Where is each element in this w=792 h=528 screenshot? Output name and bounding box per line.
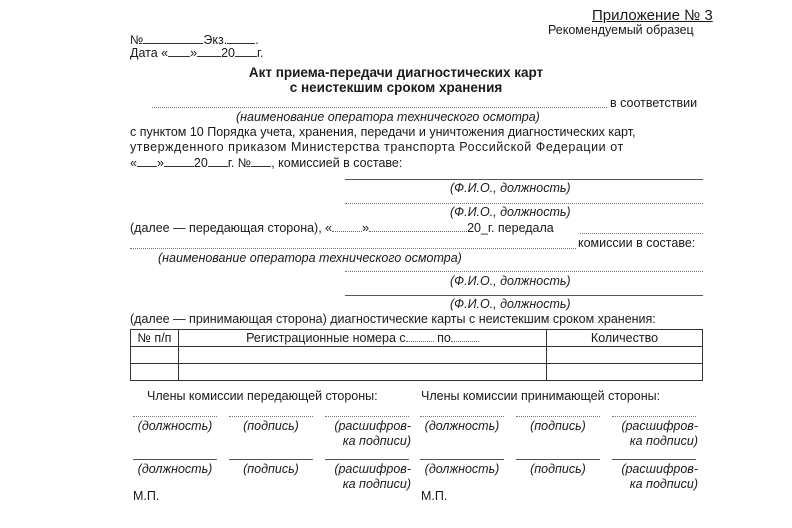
transfer-day-field[interactable] bbox=[332, 221, 362, 232]
paragraph-line3: «»20г. №, комиссией в составе: bbox=[130, 156, 402, 170]
decode-line1: (расшифров- bbox=[621, 419, 698, 433]
r2-decode-field[interactable] bbox=[612, 459, 696, 460]
transferring-members-title: Члены комиссии передающей стороны: bbox=[147, 390, 378, 403]
commission-text: , комиссией в составе: bbox=[271, 156, 402, 170]
receiving-operator-field-b[interactable] bbox=[130, 248, 576, 249]
operator-caption-2: (наименование оператора технического осм… bbox=[158, 252, 462, 265]
receiving-party-line: (далее — принимающая сторона) диагностич… bbox=[130, 313, 656, 326]
year-prefix: 20 bbox=[221, 46, 235, 60]
cell-quantity[interactable] bbox=[547, 364, 703, 381]
r1-decode-field[interactable] bbox=[612, 416, 696, 417]
t1-position-caption: (должность) bbox=[133, 419, 217, 434]
date-day-field[interactable] bbox=[168, 46, 190, 57]
fio-caption-3: (Ф.И.О., должность) bbox=[450, 275, 571, 288]
t1-signature-caption: (подпись) bbox=[229, 419, 313, 434]
transfer-year-text: 20_г. передала bbox=[467, 221, 554, 235]
quote-close: » bbox=[157, 156, 164, 170]
header-quantity: Количество bbox=[547, 330, 703, 347]
decode-line2: ка подписи) bbox=[630, 477, 698, 491]
operator-caption: (наименование оператора технического осм… bbox=[236, 111, 540, 124]
date-label: Дата « bbox=[130, 46, 168, 60]
date-line: Дата «»20г. bbox=[130, 46, 263, 60]
paragraph-line2: утвержденного приказом Министерства тран… bbox=[130, 141, 624, 154]
order-number-field[interactable] bbox=[251, 156, 271, 167]
document-title-line1: Акт приема-передачи диагностических карт bbox=[0, 66, 792, 80]
number-copy-line: №Экз.. bbox=[130, 33, 259, 47]
transfer-quote-close: » bbox=[362, 221, 369, 235]
transferring-stamp: М.П. bbox=[133, 490, 159, 503]
appendix-label: Приложение № 3 bbox=[592, 8, 713, 23]
year-suffix: г. bbox=[257, 46, 264, 60]
copy-label: Экз. bbox=[203, 33, 227, 47]
reg-from-label: Регистрационные номера с bbox=[246, 331, 406, 345]
cards-table: № п/п Регистрационные номера с по Количе… bbox=[130, 329, 703, 381]
r2-decode-caption: (расшифров-ка подписи) bbox=[612, 462, 698, 492]
receiving-operator-field-a[interactable] bbox=[580, 233, 703, 234]
cell-reg-numbers[interactable] bbox=[179, 364, 547, 381]
sample-note: Рекомендуемый образец bbox=[548, 24, 694, 37]
table-row bbox=[131, 364, 703, 381]
header-reg-numbers: Регистрационные номера с по bbox=[179, 330, 547, 347]
transferring-member1-field[interactable] bbox=[345, 179, 703, 180]
t1-signature-field[interactable] bbox=[229, 416, 313, 417]
reg-from-field[interactable] bbox=[406, 331, 434, 342]
decode-line1: (расшифров- bbox=[334, 419, 411, 433]
date-quote-close: » bbox=[190, 46, 197, 60]
document-title-line2: с неистекшим сроком хранения bbox=[0, 81, 792, 95]
decode-line1: (расшифров- bbox=[621, 462, 698, 476]
copy-field[interactable] bbox=[227, 33, 255, 44]
fio-caption-4: (Ф.И.О., должность) bbox=[450, 298, 571, 311]
transferring-party-text: (далее — передающая сторона), « bbox=[130, 221, 332, 235]
in-accordance-text: в соответствии bbox=[610, 97, 697, 110]
t2-decode-field[interactable] bbox=[325, 459, 409, 460]
decode-line2: ка подписи) bbox=[630, 434, 698, 448]
transferring-member2-field[interactable] bbox=[345, 203, 703, 204]
paragraph-line1: с пунктом 10 Порядка учета, хранения, пе… bbox=[130, 126, 636, 139]
cell-quantity[interactable] bbox=[547, 347, 703, 364]
commission-in-composition: комиссии в составе: bbox=[578, 237, 695, 250]
t2-signature-caption: (подпись) bbox=[229, 462, 313, 477]
receiving-member2-field[interactable] bbox=[345, 295, 703, 296]
order-number-label: г. № bbox=[228, 156, 251, 170]
receiving-stamp: М.П. bbox=[421, 490, 447, 503]
order-year-field[interactable] bbox=[208, 156, 228, 167]
order-month-field[interactable] bbox=[164, 156, 194, 167]
receiving-member1-field[interactable] bbox=[345, 271, 703, 272]
r2-signature-caption: (подпись) bbox=[516, 462, 600, 477]
t2-position-caption: (должность) bbox=[133, 462, 217, 477]
t2-decode-caption: (расшифров-ка подписи) bbox=[325, 462, 411, 492]
order-day-field[interactable] bbox=[137, 156, 157, 167]
reg-to-label: по bbox=[437, 331, 451, 345]
table-header-row: № п/п Регистрационные номера с по Количе… bbox=[131, 330, 703, 347]
decode-line2: ка подписи) bbox=[343, 434, 411, 448]
r1-signature-caption: (подпись) bbox=[516, 419, 600, 434]
decode-line2: ка подписи) bbox=[343, 477, 411, 491]
fio-caption-2: (Ф.И.О., должность) bbox=[450, 206, 571, 219]
reg-to-field[interactable] bbox=[451, 331, 479, 342]
decode-line1: (расшифров- bbox=[334, 462, 411, 476]
operator-name-field[interactable] bbox=[152, 107, 607, 108]
table-row bbox=[131, 347, 703, 364]
r2-position-caption: (должность) bbox=[420, 462, 504, 477]
receiving-members-title: Члены комиссии принимающей стороны: bbox=[421, 390, 660, 403]
t2-signature-field[interactable] bbox=[229, 459, 313, 460]
r1-decode-caption: (расшифров-ка подписи) bbox=[612, 419, 698, 449]
cell-reg-numbers[interactable] bbox=[179, 347, 547, 364]
cell-number[interactable] bbox=[131, 364, 179, 381]
date-year-field[interactable] bbox=[235, 46, 257, 57]
quote-open: « bbox=[130, 156, 137, 170]
r1-signature-field[interactable] bbox=[516, 416, 600, 417]
transferring-party-line: (далее — передающая сторона), «»20_г. пе… bbox=[130, 221, 554, 235]
t1-position-field[interactable] bbox=[133, 416, 217, 417]
t2-position-field[interactable] bbox=[133, 459, 217, 460]
r2-position-field[interactable] bbox=[420, 459, 504, 460]
number-label: № bbox=[130, 33, 143, 47]
order-year-prefix: 20 bbox=[194, 156, 208, 170]
r1-position-field[interactable] bbox=[420, 416, 504, 417]
date-month-field[interactable] bbox=[197, 46, 221, 57]
transfer-month-field[interactable] bbox=[369, 221, 467, 232]
header-number: № п/п bbox=[131, 330, 179, 347]
cell-number[interactable] bbox=[131, 347, 179, 364]
t1-decode-caption: (расшифров-ка подписи) bbox=[325, 419, 411, 449]
r1-position-caption: (должность) bbox=[420, 419, 504, 434]
r2-signature-field[interactable] bbox=[516, 459, 600, 460]
number-field[interactable] bbox=[143, 33, 203, 44]
t1-decode-field[interactable] bbox=[325, 416, 409, 417]
fio-caption-1: (Ф.И.О., должность) bbox=[450, 182, 571, 195]
